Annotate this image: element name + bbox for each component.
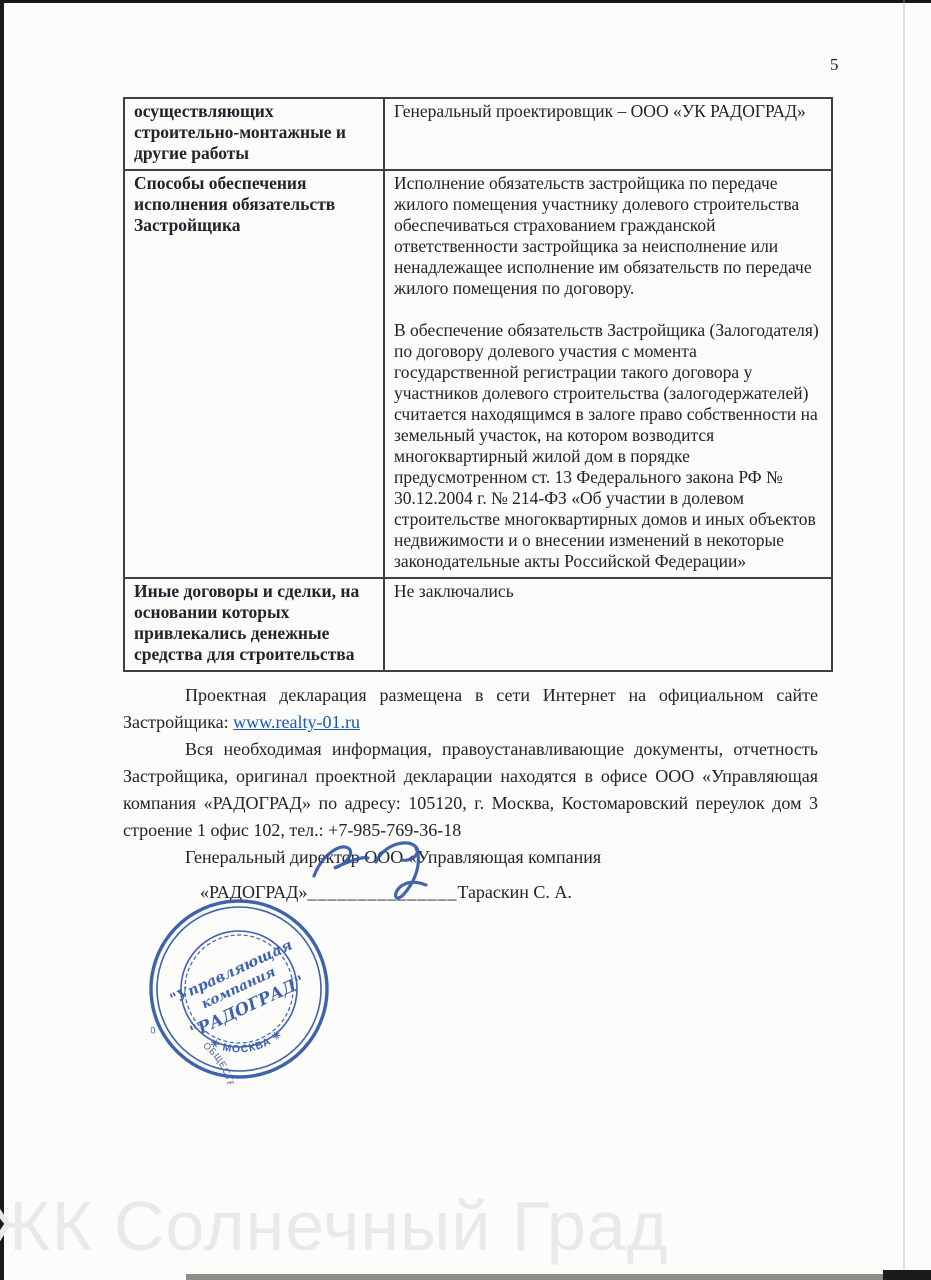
scan-edge-top	[0, 0, 931, 3]
row-value: Не заключались	[384, 578, 832, 671]
watermark-text: ЖК Солнечный Град	[0, 1186, 669, 1266]
declaration-site-line1: Проектная декларация размещена в сети Ин…	[123, 682, 818, 709]
scan-artifact-line	[903, 0, 905, 1280]
row-label: Способы обеспечения исполнения обязатель…	[124, 170, 384, 578]
row-label: Иные договоры и сделки, на основании кот…	[124, 578, 384, 671]
row-value: Генеральный проектировщик – ООО «УК РАДО…	[384, 98, 832, 170]
row-value: Исполнение обязательств застройщика по п…	[384, 170, 832, 578]
scan-edge-left	[0, 0, 4, 1280]
company-stamp: ОБЩЕСТВО С ОГРАНИЧЕННОЙ ОТВЕТСТВЕННОСТЬЮ…	[146, 896, 332, 1082]
table-row: осуществляющих строительно-монтажные и д…	[124, 98, 832, 170]
row-label: осуществляющих строительно-монтажные и д…	[124, 98, 384, 170]
site-link[interactable]: www.realty-01.ru	[233, 712, 360, 732]
scan-edge-bottom-corner	[883, 1270, 931, 1280]
value-paragraph: В обеспечение обязательств Застройщика (…	[394, 320, 822, 572]
signer-name: Тараскин С. А.	[457, 882, 572, 902]
table-row: Иные договоры и сделки, на основании кот…	[124, 578, 832, 671]
project-declaration-table: осуществляющих строительно-монтажные и д…	[123, 97, 833, 672]
office-info-paragraph: Вся необходимая информация, правоустанав…	[123, 736, 818, 844]
scanned-document-page: 5 осуществляющих строительно-монтажные и…	[0, 0, 931, 1280]
declaration-site-line2: Застройщика: www.realty-01.ru	[123, 709, 818, 736]
page-number: 5	[830, 55, 839, 75]
director-line: Генеральный директор ООО «Управляющая ко…	[123, 844, 818, 871]
table-row: Способы обеспечения исполнения обязатель…	[124, 170, 832, 578]
value-paragraph: Исполнение обязательств застройщика по п…	[394, 173, 822, 299]
body-text: Проектная декларация размещена в сети Ин…	[123, 682, 818, 906]
scan-edge-bottom	[186, 1274, 931, 1280]
site-link-prefix: Застройщика:	[123, 712, 233, 732]
